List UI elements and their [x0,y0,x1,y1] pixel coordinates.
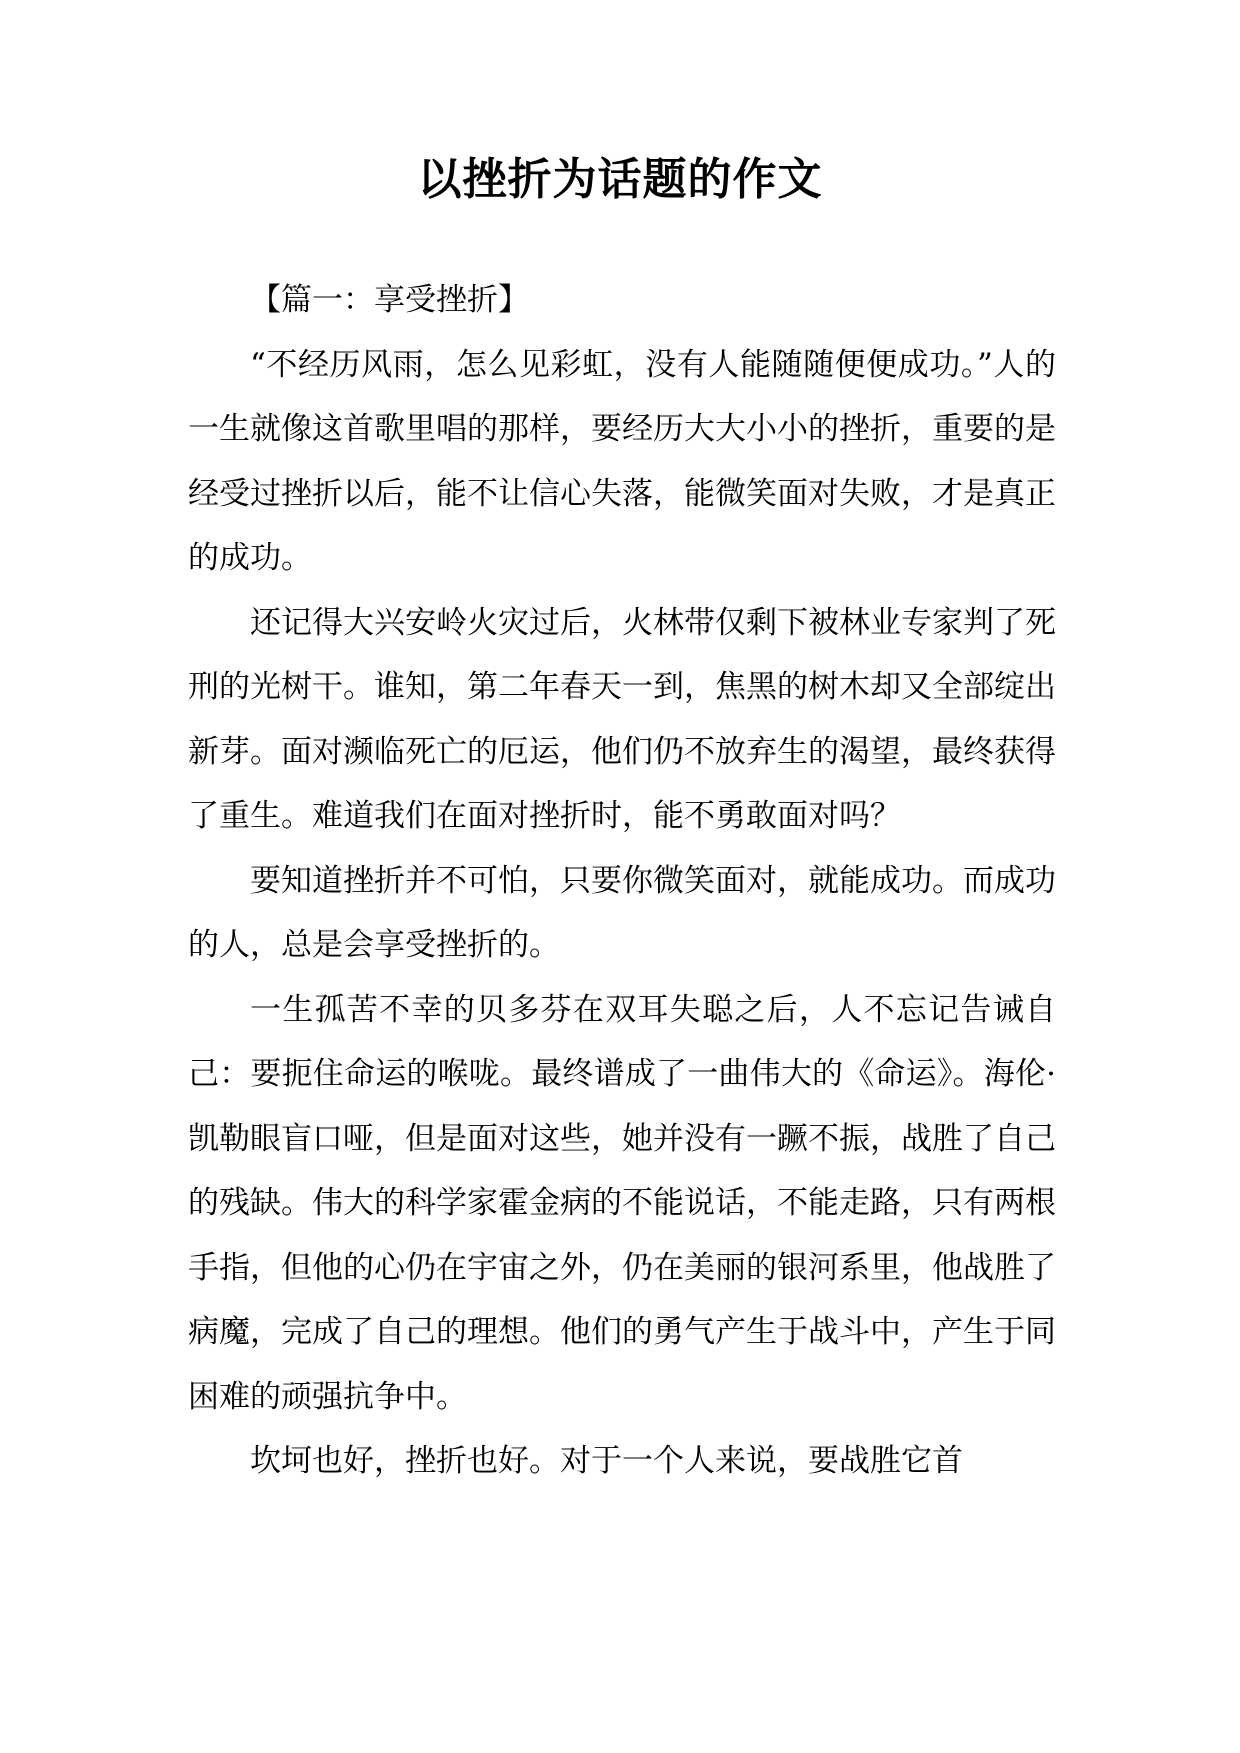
document-title: 以挫折为话题的作文 [0,152,1240,208]
paragraph: 还记得大兴安岭火灾过后，火林带仅剩下被林业专家判了死刑的光树干。谁知，第二年春天… [188,591,1056,849]
document-page: 以挫折为话题的作文 【篇一：享受挫折】 “不经历风雨，怎么见彩虹，没有人能随随便… [0,0,1240,1753]
section-heading: 【篇一：享受挫折】 [188,268,1056,333]
paragraph: “不经历风雨，怎么见彩虹，没有人能随随便便成功。”人的一生就像这首歌里唱的那样，… [188,333,1056,591]
paragraph: 一生孤苦不幸的贝多芬在双耳失聪之后，人不忘记告诫自己：要扼住命运的喉咙。最终谱成… [188,978,1056,1430]
document-body: 【篇一：享受挫折】 “不经历风雨，怎么见彩虹，没有人能随随便便成功。”人的一生就… [188,268,1056,1494]
paragraph: 要知道挫折并不可怕，只要你微笑面对，就能成功。而成功的人，总是会享受挫折的。 [188,849,1056,978]
paragraph: 坎坷也好，挫折也好。对于一个人来说，要战胜它首 [188,1429,1056,1494]
